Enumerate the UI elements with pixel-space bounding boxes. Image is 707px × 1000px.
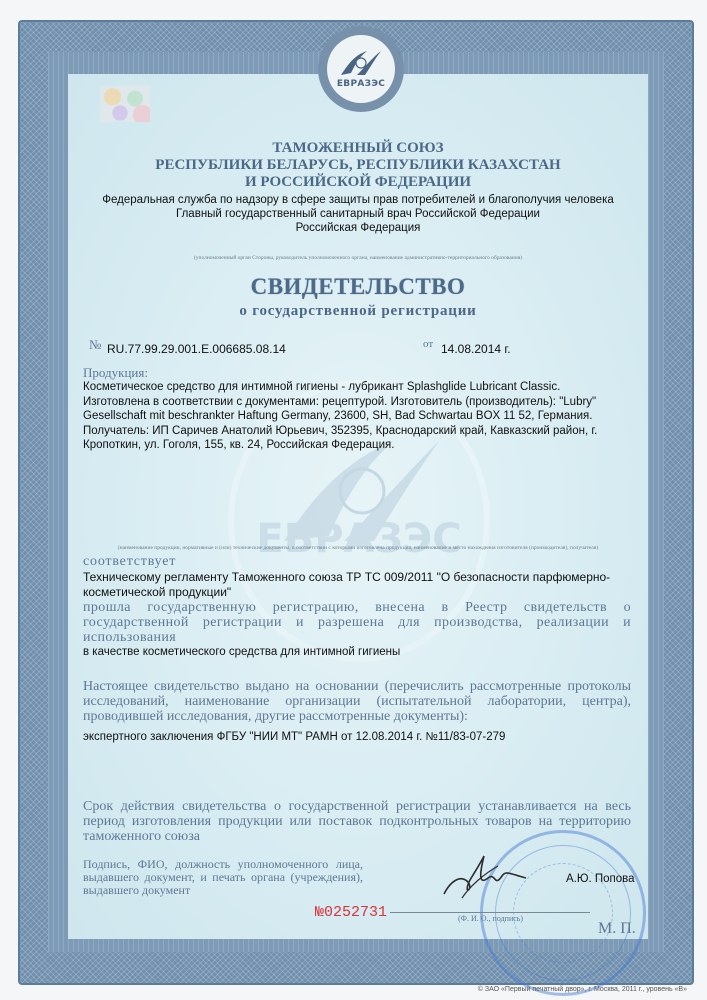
- product-description: Косметическое средство для интимной гиги…: [83, 380, 633, 453]
- conformity-line: косметической продукции": [83, 585, 633, 600]
- conformity-line: Техническому регламенту Таможенного союз…: [83, 570, 633, 585]
- product-label: Продукция:: [83, 365, 148, 381]
- authority-line3: Российская Федерация: [83, 221, 633, 235]
- conformity-label: соответствует: [83, 554, 176, 570]
- conformity-regulation: Техническому регламенту Таможенного союз…: [83, 570, 633, 599]
- signature-line: [390, 912, 590, 913]
- signatory-name: А.Ю. Попова: [566, 872, 635, 887]
- certificate-title: СВИДЕТЕЛЬСТВО: [83, 274, 633, 300]
- product-caption: (наименование продукции, нормативные и (…: [83, 545, 633, 551]
- product-line: Кропоткин, ул. Гоголя, 155, кв. 24, Росс…: [83, 438, 633, 453]
- signature-caption: Подпись, ФИО, должность уполномоченного …: [83, 858, 363, 897]
- watermark-text: ЕВРАЗЭС: [234, 516, 484, 562]
- printer-note: © ЗАО «Первый печатный двор», г. Москва,…: [478, 986, 687, 993]
- authority-caption: (уполномоченный орган Стороны, руководит…: [83, 255, 633, 261]
- union-title-line2: РЕСПУБЛИКИ БЕЛАРУСЬ, РЕСПУБЛИКИ КАЗАХСТА…: [83, 157, 633, 174]
- union-title-line1: ТАМОЖЕННЫЙ СОЮЗ: [83, 140, 633, 157]
- registration-date: 14.08.2014 г.: [441, 342, 511, 357]
- hologram-sticker: [100, 86, 150, 122]
- authority-line1: Федеральная служба по надзору в сфере за…: [83, 193, 633, 207]
- union-title-line3: И РОССИЙСКОЙ ФЕДЕРАЦИИ: [83, 174, 633, 191]
- number-label: №: [89, 337, 101, 353]
- signature-line-caption: (Ф. И. О., подпись): [458, 914, 523, 923]
- registration-statement: прошла государственную регистрацию, внес…: [83, 600, 631, 645]
- certificate-subtitle: о государственной регистрации: [83, 303, 633, 320]
- product-line: Изготовлена в соответствии с документами…: [83, 395, 633, 410]
- product-line: Получатель: ИП Саричев Анатолий Юрьевич,…: [83, 424, 633, 439]
- emblem-text: ЕВРАЗЭС: [337, 79, 385, 89]
- form-serial-number: №0252731: [315, 904, 387, 921]
- registration-number: RU.77.99.29.001.E.006685.08.14: [107, 342, 286, 357]
- usage-purpose: в качестве косметического средства для и…: [83, 645, 400, 660]
- date-label: от: [423, 338, 433, 350]
- basis-statement: Настоящее свидетельство выдано на основа…: [83, 679, 631, 724]
- authority-line2: Главный государственный санитарный врач …: [83, 207, 633, 221]
- seal-label: М. П.: [598, 920, 636, 938]
- eurasec-emblem: ЕВРАЗЭС: [318, 26, 404, 112]
- eurasec-emblem-icon: [339, 49, 383, 77]
- product-line: Gesellschaft mit beschrankter Haftung Ge…: [83, 409, 633, 424]
- handwritten-signature-icon: [440, 852, 530, 902]
- product-line: Косметическое средство для интимной гиги…: [83, 380, 633, 395]
- basis-document: экспертного заключения ФГБУ "НИИ МТ" РАМ…: [83, 730, 505, 745]
